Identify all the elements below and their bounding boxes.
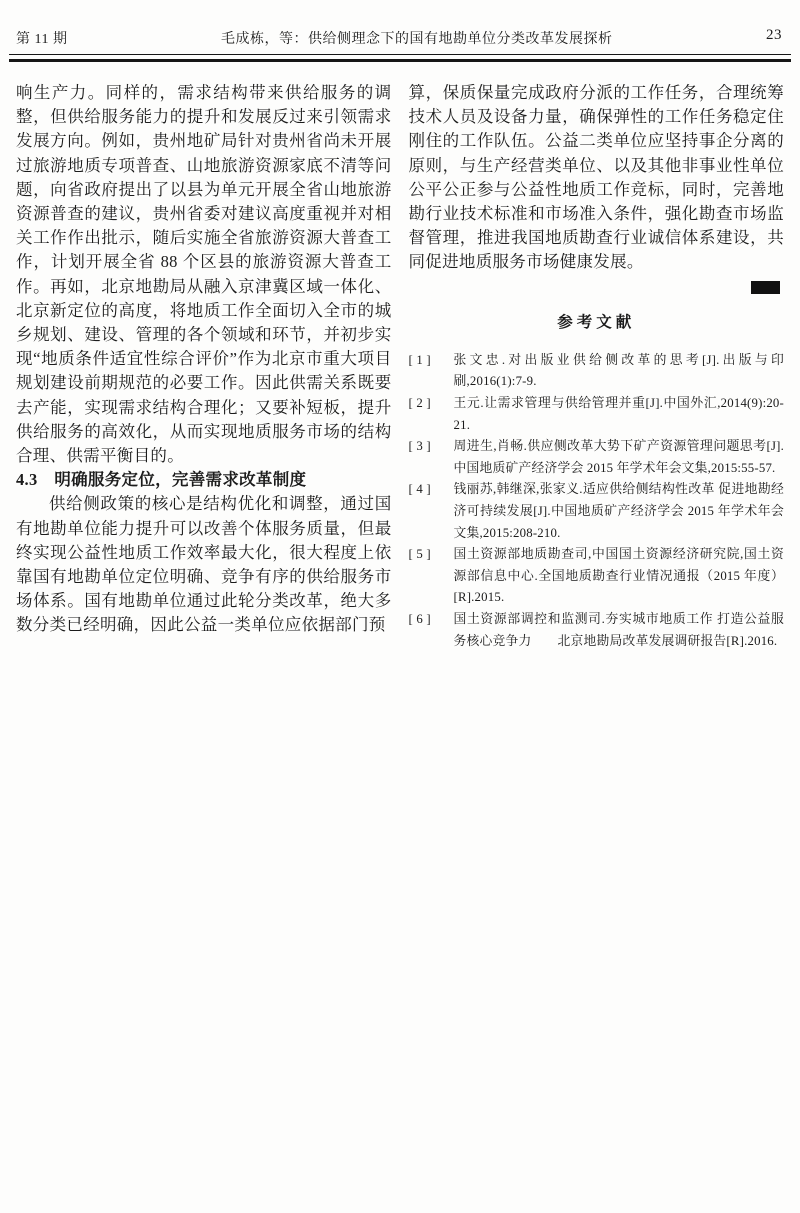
content-columns: 响生产力。同样的，需求结构带来供给服务的调整，但供给服务能力的提升和发展反过来引… <box>0 62 800 652</box>
body-paragraph: 供给侧政策的核心是结构优化和调整，通过国有地勘单位能力提升可以改善个体服务质量，… <box>16 492 392 637</box>
right-column: 算，保质保量完成政府分派的工作任务，合理统筹技术人员及设备力量，确保弹性的工作任… <box>409 81 785 652</box>
reference-marker: [ 1 ] <box>409 350 443 372</box>
end-of-article-mark <box>751 281 780 294</box>
reference-item: [ 2 ] 王元.让需求管理与供给管理并重[J].中国外汇,2014(9):20… <box>409 393 785 436</box>
reference-item: [ 1 ] 张文忠.对出版业供给侧改革的思考[J].出版与印刷,2016(1):… <box>409 350 785 393</box>
issue-label: 第 11 期 <box>16 28 67 48</box>
body-paragraph-continued: 算，保质保量完成政府分派的工作任务，合理统筹技术人员及设备力量，确保弹性的工作任… <box>409 81 785 275</box>
page-header: 第 11 期 毛成栋，等：供给侧理念下的国有地勘单位分类改革发展探析 23 <box>0 0 800 51</box>
reference-list: [ 1 ] 张文忠.对出版业供给侧改革的思考[J].出版与印刷,2016(1):… <box>409 350 785 652</box>
section-heading-4-3: 4.3 明确服务定位，完善需求改革制度 <box>16 468 392 492</box>
reference-item: [ 5 ] 国土资源部地质勘查司,中国国土资源经济研究院,国土资源部信息中心.全… <box>409 544 785 609</box>
header-rule <box>9 54 791 62</box>
body-paragraph-continued: 响生产力。同样的，需求结构带来供给服务的调整，但供给服务能力的提升和发展反过来引… <box>16 81 392 468</box>
left-column: 响生产力。同样的，需求结构带来供给服务的调整，但供给服务能力的提升和发展反过来引… <box>16 81 392 652</box>
reference-item: [ 3 ] 周进生,肖畅.供应侧改革大势下矿产资源管理问题思考[J].中国地质矿… <box>409 436 785 479</box>
reference-text: 国土资源部地质勘查司,中国国土资源经济研究院,国土资源部信息中心.全国地质勘查行… <box>454 544 785 609</box>
reference-item: [ 6 ] 国土资源部调控和监测司.夯实城市地质工作 打造公益服务核心竞争力 北… <box>409 609 785 652</box>
reference-text: 钱丽苏,韩继深,张家义.适应供给侧结构性改革 促进地勘经济可持续发展[J].中国… <box>454 479 785 544</box>
reference-marker: [ 3 ] <box>409 436 443 458</box>
page-number: 23 <box>766 27 782 44</box>
reference-text: 张文忠.对出版业供给侧改革的思考[J].出版与印刷,2016(1):7-9. <box>454 350 785 393</box>
reference-text: 周进生,肖畅.供应侧改革大势下矿产资源管理问题思考[J].中国地质矿产经济学会 … <box>454 436 785 479</box>
journal-page: 第 11 期 毛成栋，等：供给侧理念下的国有地勘单位分类改革发展探析 23 响生… <box>0 0 800 1213</box>
reference-marker: [ 5 ] <box>409 544 443 566</box>
reference-marker: [ 6 ] <box>409 609 443 631</box>
running-title: 毛成栋，等：供给侧理念下的国有地勘单位分类改革发展探析 <box>67 28 766 48</box>
reference-marker: [ 2 ] <box>409 393 443 415</box>
reference-item: [ 4 ] 钱丽苏,韩继深,张家义.适应供给侧结构性改革 促进地勘经济可持续发展… <box>409 479 785 544</box>
reference-text: 王元.让需求管理与供给管理并重[J].中国外汇,2014(9):20-21. <box>454 393 785 436</box>
references-heading: 参考文献 <box>409 311 785 335</box>
reference-text: 国土资源部调控和监测司.夯实城市地质工作 打造公益服务核心竞争力 北京地勘局改革… <box>454 609 785 652</box>
reference-marker: [ 4 ] <box>409 479 443 501</box>
